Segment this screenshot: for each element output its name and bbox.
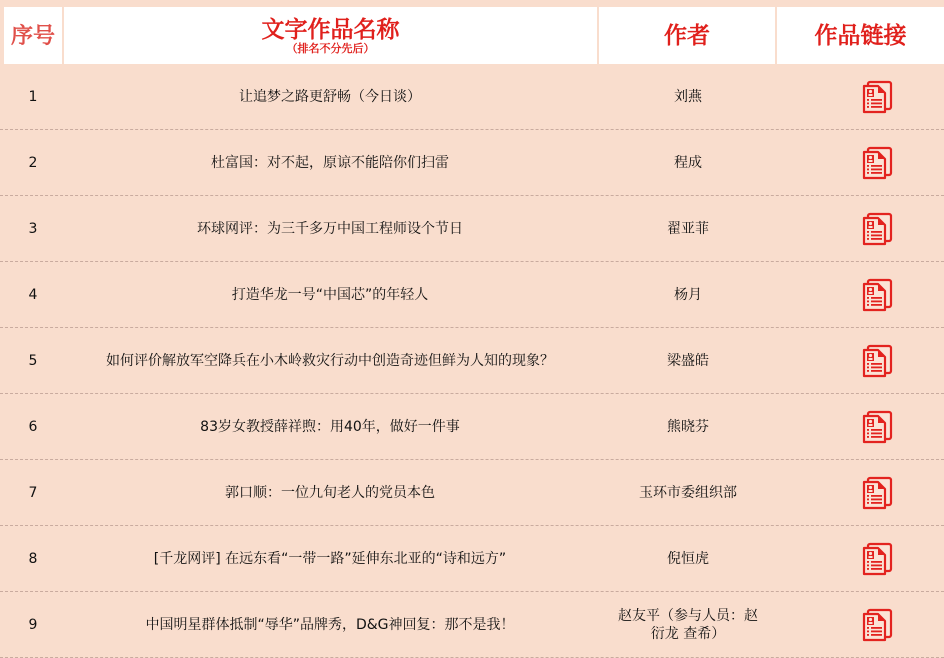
- document-icon[interactable]: [859, 541, 895, 577]
- document-link-button[interactable]: [859, 277, 895, 313]
- document-link-button[interactable]: [859, 343, 895, 379]
- row-title: 杜富国：对不起，原谅不能陪你们扫雷: [70, 130, 590, 195]
- table-body: 1 让追梦之路更舒畅（今日谈） 刘燕: [0, 64, 944, 654]
- table-header: 序号 文字作品名称 （排名不分先后） 作者 作品链接: [0, 7, 944, 64]
- row-author: 程成: [600, 130, 776, 195]
- header-seq-label: 序号: [11, 23, 55, 49]
- header-link-label: 作品链接: [815, 23, 907, 49]
- row-link-cell: [777, 394, 944, 459]
- row-title: [千龙网评] 在远东看“一带一路”延伸东北亚的“诗和远方”: [70, 526, 590, 591]
- document-icon[interactable]: [859, 475, 895, 511]
- table-row: 1 让追梦之路更舒畅（今日谈） 刘燕: [0, 64, 944, 130]
- row-seq: 6: [4, 394, 62, 459]
- document-icon[interactable]: [859, 607, 895, 643]
- table-row: 4 打造华龙一号“中国芯”的年轻人 杨月: [0, 262, 944, 328]
- row-author: 杨月: [600, 262, 776, 327]
- row-title: 83岁女教授薛祥煦：用40年，做好一件事: [70, 394, 590, 459]
- table-row: 9 中国明星群体抵制“辱华”品牌秀，D&G神回复：那不是我！ 赵友平（参与人员：…: [0, 592, 944, 654]
- row-author: 熊晓芬: [600, 394, 776, 459]
- header-link: 作品链接: [777, 7, 944, 64]
- row-title: 让追梦之路更舒畅（今日谈）: [70, 64, 590, 129]
- document-link-button[interactable]: [859, 541, 895, 577]
- document-icon[interactable]: [859, 145, 895, 181]
- row-author: 梁盛皓: [600, 328, 776, 393]
- header-title-note: （排名不分先后）: [287, 43, 375, 55]
- document-link-button[interactable]: [859, 79, 895, 115]
- table-row: 3 环球网评：为三千多万中国工程师设个节日 翟亚菲: [0, 196, 944, 262]
- row-title: 中国明星群体抵制“辱华”品牌秀，D&G神回复：那不是我！: [70, 592, 590, 654]
- row-seq: 4: [4, 262, 62, 327]
- row-link-cell: [777, 262, 944, 327]
- table-row: 7 郭口顺：一位九旬老人的党员本色 玉环市委组织部: [0, 460, 944, 526]
- row-seq: 5: [4, 328, 62, 393]
- row-link-cell: [777, 64, 944, 129]
- row-author: 倪恒虎: [600, 526, 776, 591]
- row-title: 环球网评：为三千多万中国工程师设个节日: [70, 196, 590, 261]
- header-seq: 序号: [4, 7, 62, 64]
- document-icon[interactable]: [859, 277, 895, 313]
- header-title: 文字作品名称 （排名不分先后）: [64, 7, 597, 64]
- header-author: 作者: [599, 7, 775, 64]
- row-author: 赵友平（参与人员：赵衍龙 查希）: [600, 592, 776, 654]
- document-icon[interactable]: [859, 343, 895, 379]
- document-icon[interactable]: [859, 211, 895, 247]
- row-title: 如何评价解放军空降兵在小木岭救灾行动中创造奇迹但鲜为人知的现象？: [70, 328, 590, 393]
- row-link-cell: [777, 526, 944, 591]
- header-title-label: 文字作品名称: [262, 17, 400, 43]
- table-row: 5 如何评价解放军空降兵在小木岭救灾行动中创造奇迹但鲜为人知的现象？ 梁盛皓: [0, 328, 944, 394]
- row-link-cell: [777, 130, 944, 195]
- table-row: 2 杜富国：对不起，原谅不能陪你们扫雷 程成: [0, 130, 944, 196]
- row-seq: 3: [4, 196, 62, 261]
- row-link-cell: [777, 328, 944, 393]
- header-author-label: 作者: [664, 23, 710, 49]
- row-link-cell: [777, 460, 944, 525]
- row-title: 郭口顺：一位九旬老人的党员本色: [70, 460, 590, 525]
- row-author: 翟亚菲: [600, 196, 776, 261]
- row-author: 玉环市委组织部: [600, 460, 776, 525]
- row-seq: 7: [4, 460, 62, 525]
- row-seq: 9: [4, 592, 62, 654]
- row-title: 打造华龙一号“中国芯”的年轻人: [70, 262, 590, 327]
- document-link-button[interactable]: [859, 145, 895, 181]
- row-author: 刘燕: [600, 64, 776, 129]
- document-icon[interactable]: [859, 79, 895, 115]
- row-seq: 1: [4, 64, 62, 129]
- document-link-button[interactable]: [859, 607, 895, 643]
- document-link-button[interactable]: [859, 475, 895, 511]
- document-icon[interactable]: [859, 409, 895, 445]
- document-link-button[interactable]: [859, 211, 895, 247]
- row-seq: 2: [4, 130, 62, 195]
- table-row: 8 [千龙网评] 在远东看“一带一路”延伸东北亚的“诗和远方” 倪恒虎: [0, 526, 944, 592]
- row-seq: 8: [4, 526, 62, 591]
- document-link-button[interactable]: [859, 409, 895, 445]
- row-link-cell: [777, 196, 944, 261]
- table-row: 6 83岁女教授薛祥煦：用40年，做好一件事 熊晓芬: [0, 394, 944, 460]
- row-link-cell: [777, 592, 944, 654]
